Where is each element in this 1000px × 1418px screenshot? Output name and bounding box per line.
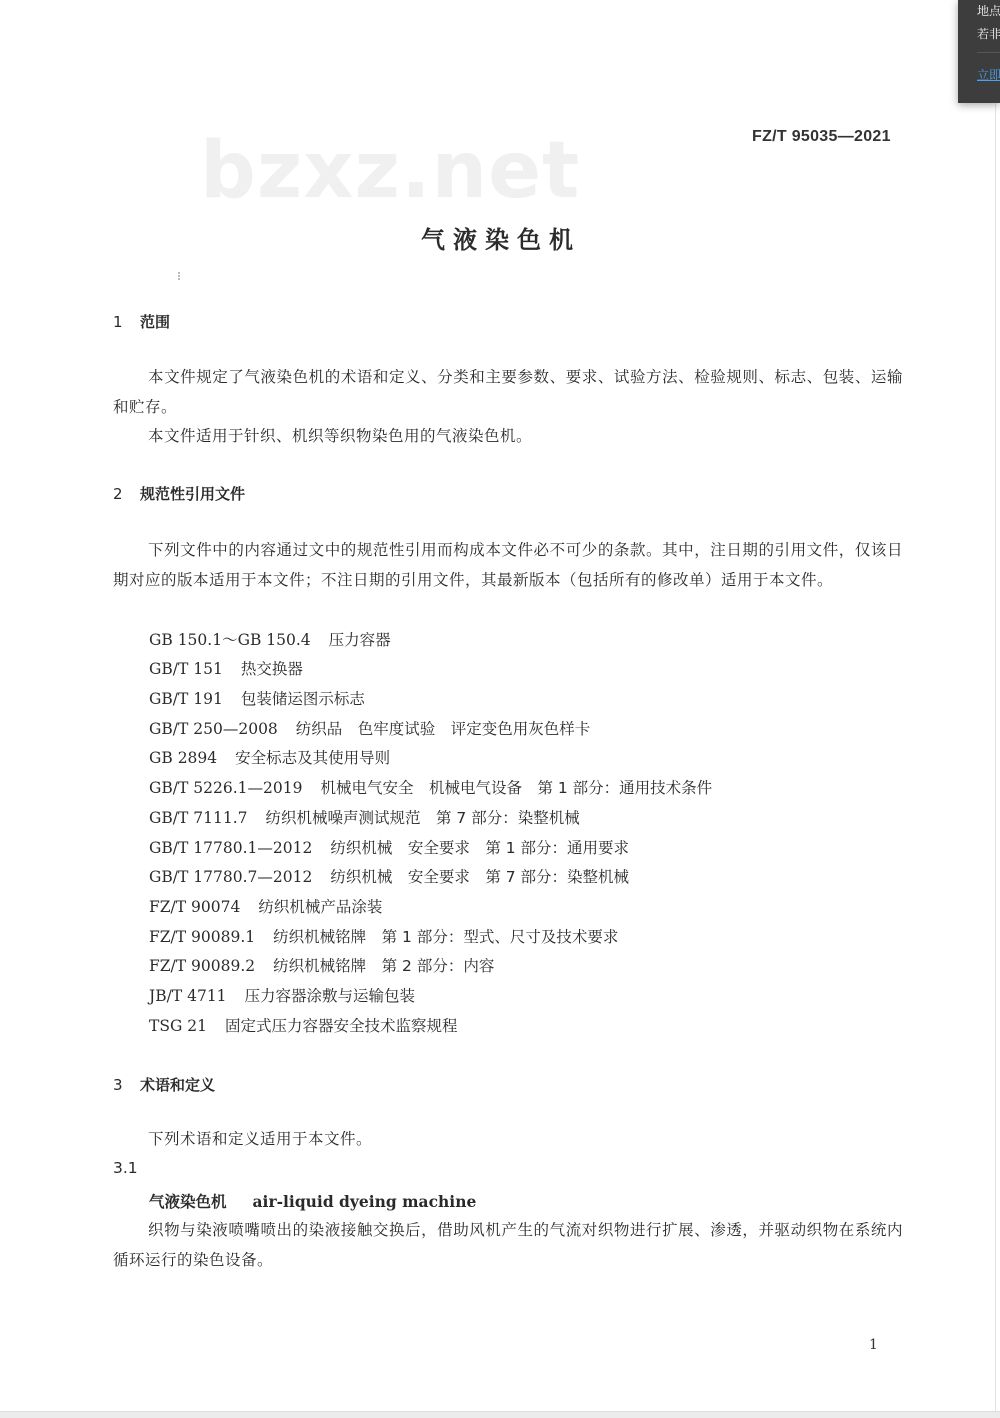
reference-title: 纺织机械铭牌 第 1 部分：型式、尺寸及技术要求: [273, 928, 618, 946]
standard-number: FZ/T 95035—2021: [752, 128, 891, 146]
reference-code: FZ/T 90089.2: [149, 957, 255, 975]
reference-title: 压力容器: [329, 631, 391, 649]
section-heading-normative-references: 2规范性引用文件: [113, 483, 245, 504]
reference-item: GB/T 191包装储运图示标志: [149, 689, 365, 709]
reference-item: GB/T 17780.1—2012纺织机械 安全要求 第 1 部分：通用要求: [149, 838, 629, 858]
reference-title: 纺织机械产品涂装: [258, 898, 382, 916]
reference-title: 纺织品 色牢度试验 评定变色用灰色样卡: [296, 720, 591, 738]
page-bottom-edge: [0, 1411, 1000, 1418]
normative-references-intro: 下列文件中的内容通过文中的规范性引用而构成本文件必不可少的条款。其中，注日期的引…: [113, 536, 903, 595]
reference-code: GB 2894: [149, 749, 217, 767]
reference-code: TSG 21: [149, 1017, 207, 1035]
popup-text-line: 地点: [977, 2, 1000, 19]
scan-speck: [178, 272, 184, 280]
reference-title: 纺织机械 安全要求 第 1 部分：通用要求: [330, 839, 629, 857]
reference-title: 压力容器涂敷与运输包装: [245, 987, 416, 1005]
reference-item: FZ/T 90089.1纺织机械铭牌 第 1 部分：型式、尺寸及技术要求: [149, 927, 618, 947]
reference-title: 安全标志及其使用导则: [235, 749, 390, 767]
reference-item: GB/T 7111.7纺织机械噪声测试规范 第 7 部分：染整机械: [149, 808, 580, 828]
section-title: 范围: [140, 313, 170, 331]
popup-action-link[interactable]: 立即: [977, 66, 1000, 83]
section-heading-scope: 1范围: [113, 311, 170, 332]
section-heading-terms: 3术语和定义: [113, 1074, 215, 1095]
reference-code: FZ/T 90074: [149, 898, 240, 916]
reference-item: FZ/T 90074纺织机械产品涂装: [149, 897, 382, 917]
term-entry: 气液染色机air-liquid dyeing machine: [149, 1190, 476, 1212]
reference-code: JB/T 4711: [149, 987, 227, 1005]
reference-code: GB/T 17780.1—2012: [149, 839, 312, 857]
notification-popup[interactable]: 地点 若非 立即: [958, 0, 1000, 103]
term-chinese: 气液染色机: [149, 1193, 227, 1211]
reference-code: GB/T 191: [149, 690, 223, 708]
reference-item: GB 150.1～GB 150.4压力容器: [149, 630, 391, 650]
reference-code: GB/T 250—2008: [149, 720, 278, 738]
reference-item: JB/T 4711压力容器涂敷与运输包装: [149, 986, 415, 1006]
reference-title: 纺织机械 安全要求 第 7 部分：染整机械: [330, 868, 629, 886]
popup-text-line: 若非: [977, 25, 1000, 42]
reference-code: GB 150.1～GB 150.4: [149, 631, 311, 649]
popup-divider: [977, 52, 1000, 53]
terms-intro: 下列术语和定义适用于本文件。: [113, 1125, 903, 1155]
reference-title: 纺织机械噪声测试规范 第 7 部分：染整机械: [266, 809, 580, 827]
term-definition: 织物与染液喷嘴喷出的染液接触交换后，借助风机产生的气流对织物进行扩展、渗透，并驱…: [113, 1216, 903, 1275]
reference-item: GB/T 5226.1—2019机械电气安全 机械电气设备 第 1 部分：通用技…: [149, 778, 712, 798]
term-english: air-liquid dyeing machine: [253, 1192, 477, 1211]
reference-code: GB/T 7111.7: [149, 809, 248, 827]
document-page: FZ/T 95035—2021 bzxz.net 气液染色机 1范围 本文件规定…: [0, 0, 996, 1411]
clause-number: 3.1: [113, 1159, 138, 1177]
reference-title: 纺织机械铭牌 第 2 部分：内容: [273, 957, 494, 975]
reference-code: GB/T 17780.7—2012: [149, 868, 312, 886]
section-title: 术语和定义: [140, 1076, 215, 1094]
reference-item: GB 2894安全标志及其使用导则: [149, 748, 390, 768]
reference-item: GB/T 250—2008纺织品 色牢度试验 评定变色用灰色样卡: [149, 719, 590, 739]
reference-code: GB/T 5226.1—2019: [149, 779, 302, 797]
scope-paragraph-2: 本文件适用于针织、机织等织物染色用的气液染色机。: [113, 422, 903, 452]
section-title: 规范性引用文件: [140, 485, 245, 503]
reference-item: GB/T 17780.7—2012纺织机械 安全要求 第 7 部分：染整机械: [149, 867, 629, 887]
reference-item: FZ/T 90089.2纺织机械铭牌 第 2 部分：内容: [149, 956, 494, 976]
watermark: bzxz.net: [200, 132, 580, 210]
reference-title: 包装储运图示标志: [241, 690, 365, 708]
reference-item: TSG 21固定式压力容器安全技术监察规程: [149, 1016, 458, 1036]
reference-code: FZ/T 90089.1: [149, 928, 255, 946]
section-number: 1: [113, 313, 140, 331]
reference-item: GB/T 151热交换器: [149, 659, 303, 679]
page-number: 1: [869, 1337, 878, 1353]
document-title: 气液染色机: [421, 220, 581, 255]
section-number: 2: [113, 485, 140, 503]
reference-code: GB/T 151: [149, 660, 223, 678]
scope-paragraph-1: 本文件规定了气液染色机的术语和定义、分类和主要参数、要求、试验方法、检验规则、标…: [113, 363, 903, 422]
reference-title: 固定式压力容器安全技术监察规程: [225, 1017, 458, 1035]
reference-title: 机械电气安全 机械电气设备 第 1 部分：通用技术条件: [320, 779, 712, 797]
reference-title: 热交换器: [241, 660, 303, 678]
section-number: 3: [113, 1076, 140, 1094]
